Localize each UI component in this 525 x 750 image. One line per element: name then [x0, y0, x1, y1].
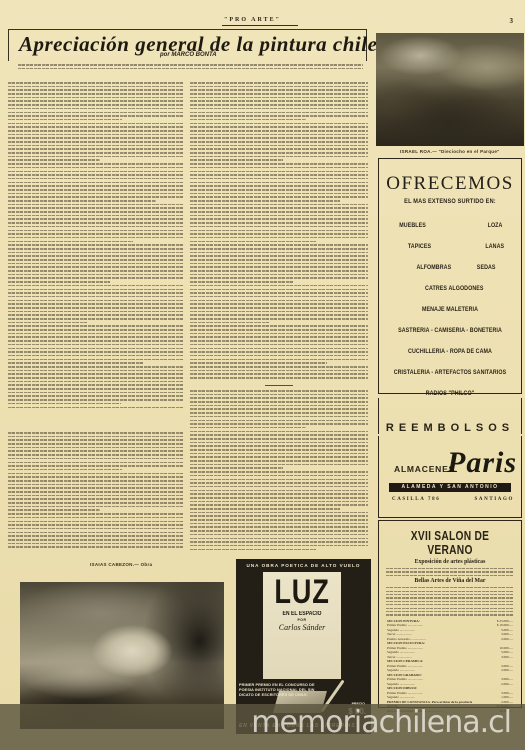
paris-city: SANTIAGO [475, 497, 514, 502]
luz-prize-note: PRIMER PREMIO EN EL CONCURSO DE POESIA I… [239, 683, 315, 698]
luz-subtitle: EN EL ESPACIO [269, 611, 335, 617]
ofrecemos-item: SEDAS [477, 264, 496, 271]
ofrecemos-row: MENAJE MALETERIA [389, 299, 511, 320]
ofrecemos-subheading: EL MAS EXTENSO SURTIDO EN: [389, 198, 511, 205]
ofrecemos-item: SASTRERIA - CAMISERIA - BONETERIA [389, 327, 511, 334]
ofrecemos-item: CUCHILLERIA - ROPA DE CAMA [389, 348, 511, 355]
ofrecemos-list: MUEBLESLOZATAPICESLANASALFOMBRASSEDASCAT… [379, 215, 521, 404]
almacenes-paris-ad: ALMACENES Paris ALAMEDA Y SAN ANTONIO CA… [378, 436, 522, 518]
salon-body-2 [386, 587, 514, 615]
ofrecemos-item: CATRES [425, 285, 447, 292]
ofrecemos-item: MUEBLES [399, 222, 426, 229]
ofrecemos-item: MENAJE MALETERIA [389, 306, 511, 313]
ofrecemos-item: LOZA [488, 222, 503, 229]
ofrecemos-row: CATRESALGODONES [389, 278, 511, 299]
ofrecemos-item: ALGODONES [448, 285, 483, 292]
article-column-right-bottom [190, 390, 368, 552]
almacenes-label: ALMACENES [394, 464, 455, 474]
page-header: "PRO ARTE" 3 [0, 16, 525, 28]
section-divider [190, 385, 368, 386]
header-rule [222, 25, 298, 26]
ofrecemos-row: CRISTALERIA - ARTEFACTOS SANITARIOS [389, 362, 511, 383]
ofrecemos-ad: OFRECEMOS EL MAS EXTENSO SURTIDO EN: MUE… [378, 158, 522, 394]
publication-name: "PRO ARTE" [224, 17, 281, 23]
prize-table: SECCION PINTURA:$ 25.000.—Primer Premio … [387, 619, 513, 714]
painting-2-caption: ISAIAS CABEZON.— Obra [90, 562, 152, 567]
ofrecemos-item: ALFOMBRAS [416, 264, 451, 271]
paris-contact: CASILLA 786 SANTIAGO [392, 497, 514, 502]
ofrecemos-row: TAPICESLANAS [389, 236, 511, 257]
salon-subheading: Exposición de artes plásticas [379, 559, 521, 565]
prize-amount: 2.000.— [501, 668, 513, 673]
article-column-left [8, 82, 184, 410]
salon-verano-ad: XVII SALON DE VERANO Exposición de artes… [378, 520, 522, 708]
reembolsos-label: REEMBOLSOS [378, 398, 522, 434]
article-column-left-bottom [8, 432, 184, 550]
ofrecemos-row: CUCHILLERIA - ROPA DE CAMA [389, 341, 511, 362]
page-number: 3 [510, 17, 514, 25]
salon-subheading-2: Bellas Artes de Viña del Mar [379, 578, 521, 584]
article-intro [18, 64, 363, 71]
luz-prize-line: DICATO DE ESCRITORES DE CHILE. [239, 693, 315, 698]
painting-1-caption: ISRAEL ROA.— "Dieciocho en el Parque" [400, 149, 500, 154]
paris-casilla: CASILLA 786 [392, 497, 440, 502]
ofrecemos-row: ALFOMBRASSEDAS [389, 257, 511, 278]
prize-amount: 2.000.— [501, 682, 513, 687]
ofrecemos-heading: OFRECEMOS [379, 173, 521, 195]
watermark-band: memoriachilena.cl [0, 704, 525, 750]
salon-body-1 [386, 568, 514, 576]
luz-author: Carlos Sánder [263, 623, 341, 632]
salon-heading: XVII SALON DE VERANO [392, 529, 508, 557]
luz-tagline: UNA OBRA POETICA DE ALTO VUELO [236, 563, 371, 568]
ofrecemos-row: SASTRERIA - CAMISERIA - BONETERIA [389, 320, 511, 341]
ofrecemos-item: TAPICES [408, 243, 431, 250]
ofrecemos-item: RADIOS "PHILCO" [389, 390, 511, 397]
ofrecemos-item: LANAS [485, 243, 504, 250]
article-byline: por MARCO BONTA [160, 52, 217, 58]
paris-logo: Paris [447, 446, 517, 480]
watermark-text[interactable]: memoriachilena.cl [251, 705, 511, 740]
newspaper-page: "PRO ARTE" 3 Apreciación general de la p… [0, 0, 525, 750]
painting-roa [376, 33, 524, 146]
ofrecemos-item: CRISTALERIA - ARTEFACTOS SANITARIOS [389, 369, 511, 376]
prize-amount: 2.000.— [501, 637, 513, 642]
paris-address-band: ALAMEDA Y SAN ANTONIO [389, 483, 511, 492]
ofrecemos-row: MUEBLESLOZA [389, 215, 511, 236]
prize-amount: 3.000.— [501, 655, 513, 660]
luz-book-cover: LUZ EN EL ESPACIO POR Carlos Sánder [263, 572, 341, 679]
article-column-right-top [190, 82, 368, 381]
luz-title: LUZ [271, 576, 333, 608]
luz-por: POR [263, 618, 341, 622]
